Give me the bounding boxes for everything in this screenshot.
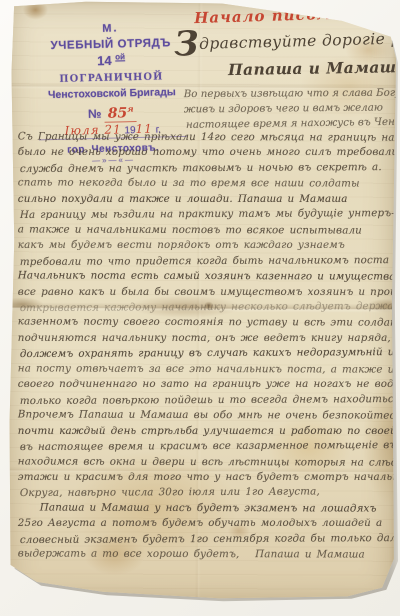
greeting-text: дравствуйте дорогіе родители (199, 27, 400, 52)
letter-line: На границу мы ѣздили на практику тамъ мы… (20, 206, 396, 223)
letter-line: Начальникъ поста есть самый хозяинъ казе… (18, 269, 396, 286)
letter-line: Съ Границы мы уже пріѣхали 14го сего мѣс… (18, 129, 396, 146)
letter-body: Съ Границы мы уже пріѣхали 14го сего мѣс… (18, 130, 396, 563)
red-annotation-sup: х (357, 5, 364, 15)
letter-line: казенномъ посту своего состоянія по уста… (18, 315, 396, 332)
letter-opening-block: Во первыхъ извѣщаю что я слава Богуживъ … (184, 85, 396, 132)
letter-line: Во первыхъ извѣщаю что я слава Богу (184, 86, 396, 102)
letter-line: своего подчиненнаго но зато на границѣ у… (18, 377, 396, 392)
letter-line: находимся всѣ окна и двери и всѣ лѣстниц… (18, 454, 396, 471)
photo-background: М. УЧЕБНЫЙ ОТРЯДЪ 14 ой ПОГРАНИЧНОЙ Ченс… (0, 0, 400, 616)
letter-line: подчиняются начальнику поста, онъ же вед… (18, 331, 396, 346)
letter-line: выдержать а то все хорошо будетъ, Папаша… (18, 547, 396, 564)
red-annotation-sub: х (367, 15, 374, 25)
stamp-brigade-name: Ченстоховской Бригады (38, 86, 186, 101)
letter-line: сильно похудали а также и лошади. Папаша… (18, 192, 396, 207)
letter-line: Округа, навѣрно числа 30го іюля или 1го … (20, 484, 396, 501)
handwritten-number: 85я (105, 105, 137, 123)
letter-line: все равно какъ и была бы своимъ имуществ… (18, 285, 396, 300)
stamp-unit-name: УЧЕБНЫЙ ОТРЯДЪ (37, 37, 185, 52)
greeting-line-2: Папаша и Мамаша! (228, 57, 400, 79)
letter-line: должемъ охранять границу въ случаѣ каких… (20, 345, 396, 362)
greeting-line-1: Здравствуйте дорогіе родители (174, 27, 400, 53)
letter-line: а также и начальниками постовъ то всякое… (18, 222, 396, 239)
greeting-capital: З (174, 24, 200, 65)
stamp-number-suffix: ой (115, 52, 125, 61)
letter-line: этажи и красимъ для того что у насъ буде… (18, 470, 396, 485)
letter-line: 25го Августа а потомъ будемъ обучать мол… (18, 516, 396, 531)
letter-line: было не очень хорошо потому что очень мн… (18, 145, 396, 160)
letter-line: почти каждый день стрѣльба улучшается и … (18, 424, 396, 439)
letter-line: Впрочемъ Папаша и Мамаша вы обо мнѣ не о… (18, 408, 396, 425)
letter-paper: М. УЧЕБНЫЙ ОТРЯДЪ 14 ой ПОГРАНИЧНОЙ Ченс… (6, 0, 397, 604)
red-annotation: Начало письма Iх⁄х (194, 4, 373, 30)
letter-line: на посту отвѣчаетъ за все это начальникъ… (18, 361, 396, 378)
stamp-border-word: ПОГРАНИЧНОЙ (37, 70, 185, 85)
stamp-number-text: 14 (97, 53, 112, 68)
stamp-document-number: № 85я (38, 102, 186, 123)
stamp-initial: М. (36, 21, 184, 36)
letter-line: спать то некогда было и за то время все … (18, 176, 396, 193)
letter-line: только когда повѣркою пойдешь и то всегд… (20, 392, 396, 409)
stamp-unit-number: 14 ой (37, 51, 185, 70)
red-annotation-text: Начало письма I (194, 4, 357, 27)
letter-line: требовали то что придется когда быть нач… (20, 253, 396, 270)
number-sign: № (88, 107, 102, 121)
letter-line: какъ мы будемъ вести порядокъ отъ каждаг… (18, 238, 396, 253)
letter-line: въ настоящее время и красимъ все казарме… (20, 438, 396, 455)
letter-line: Папаша и Мамаша у насъ будетъ экзаменъ н… (18, 500, 396, 517)
